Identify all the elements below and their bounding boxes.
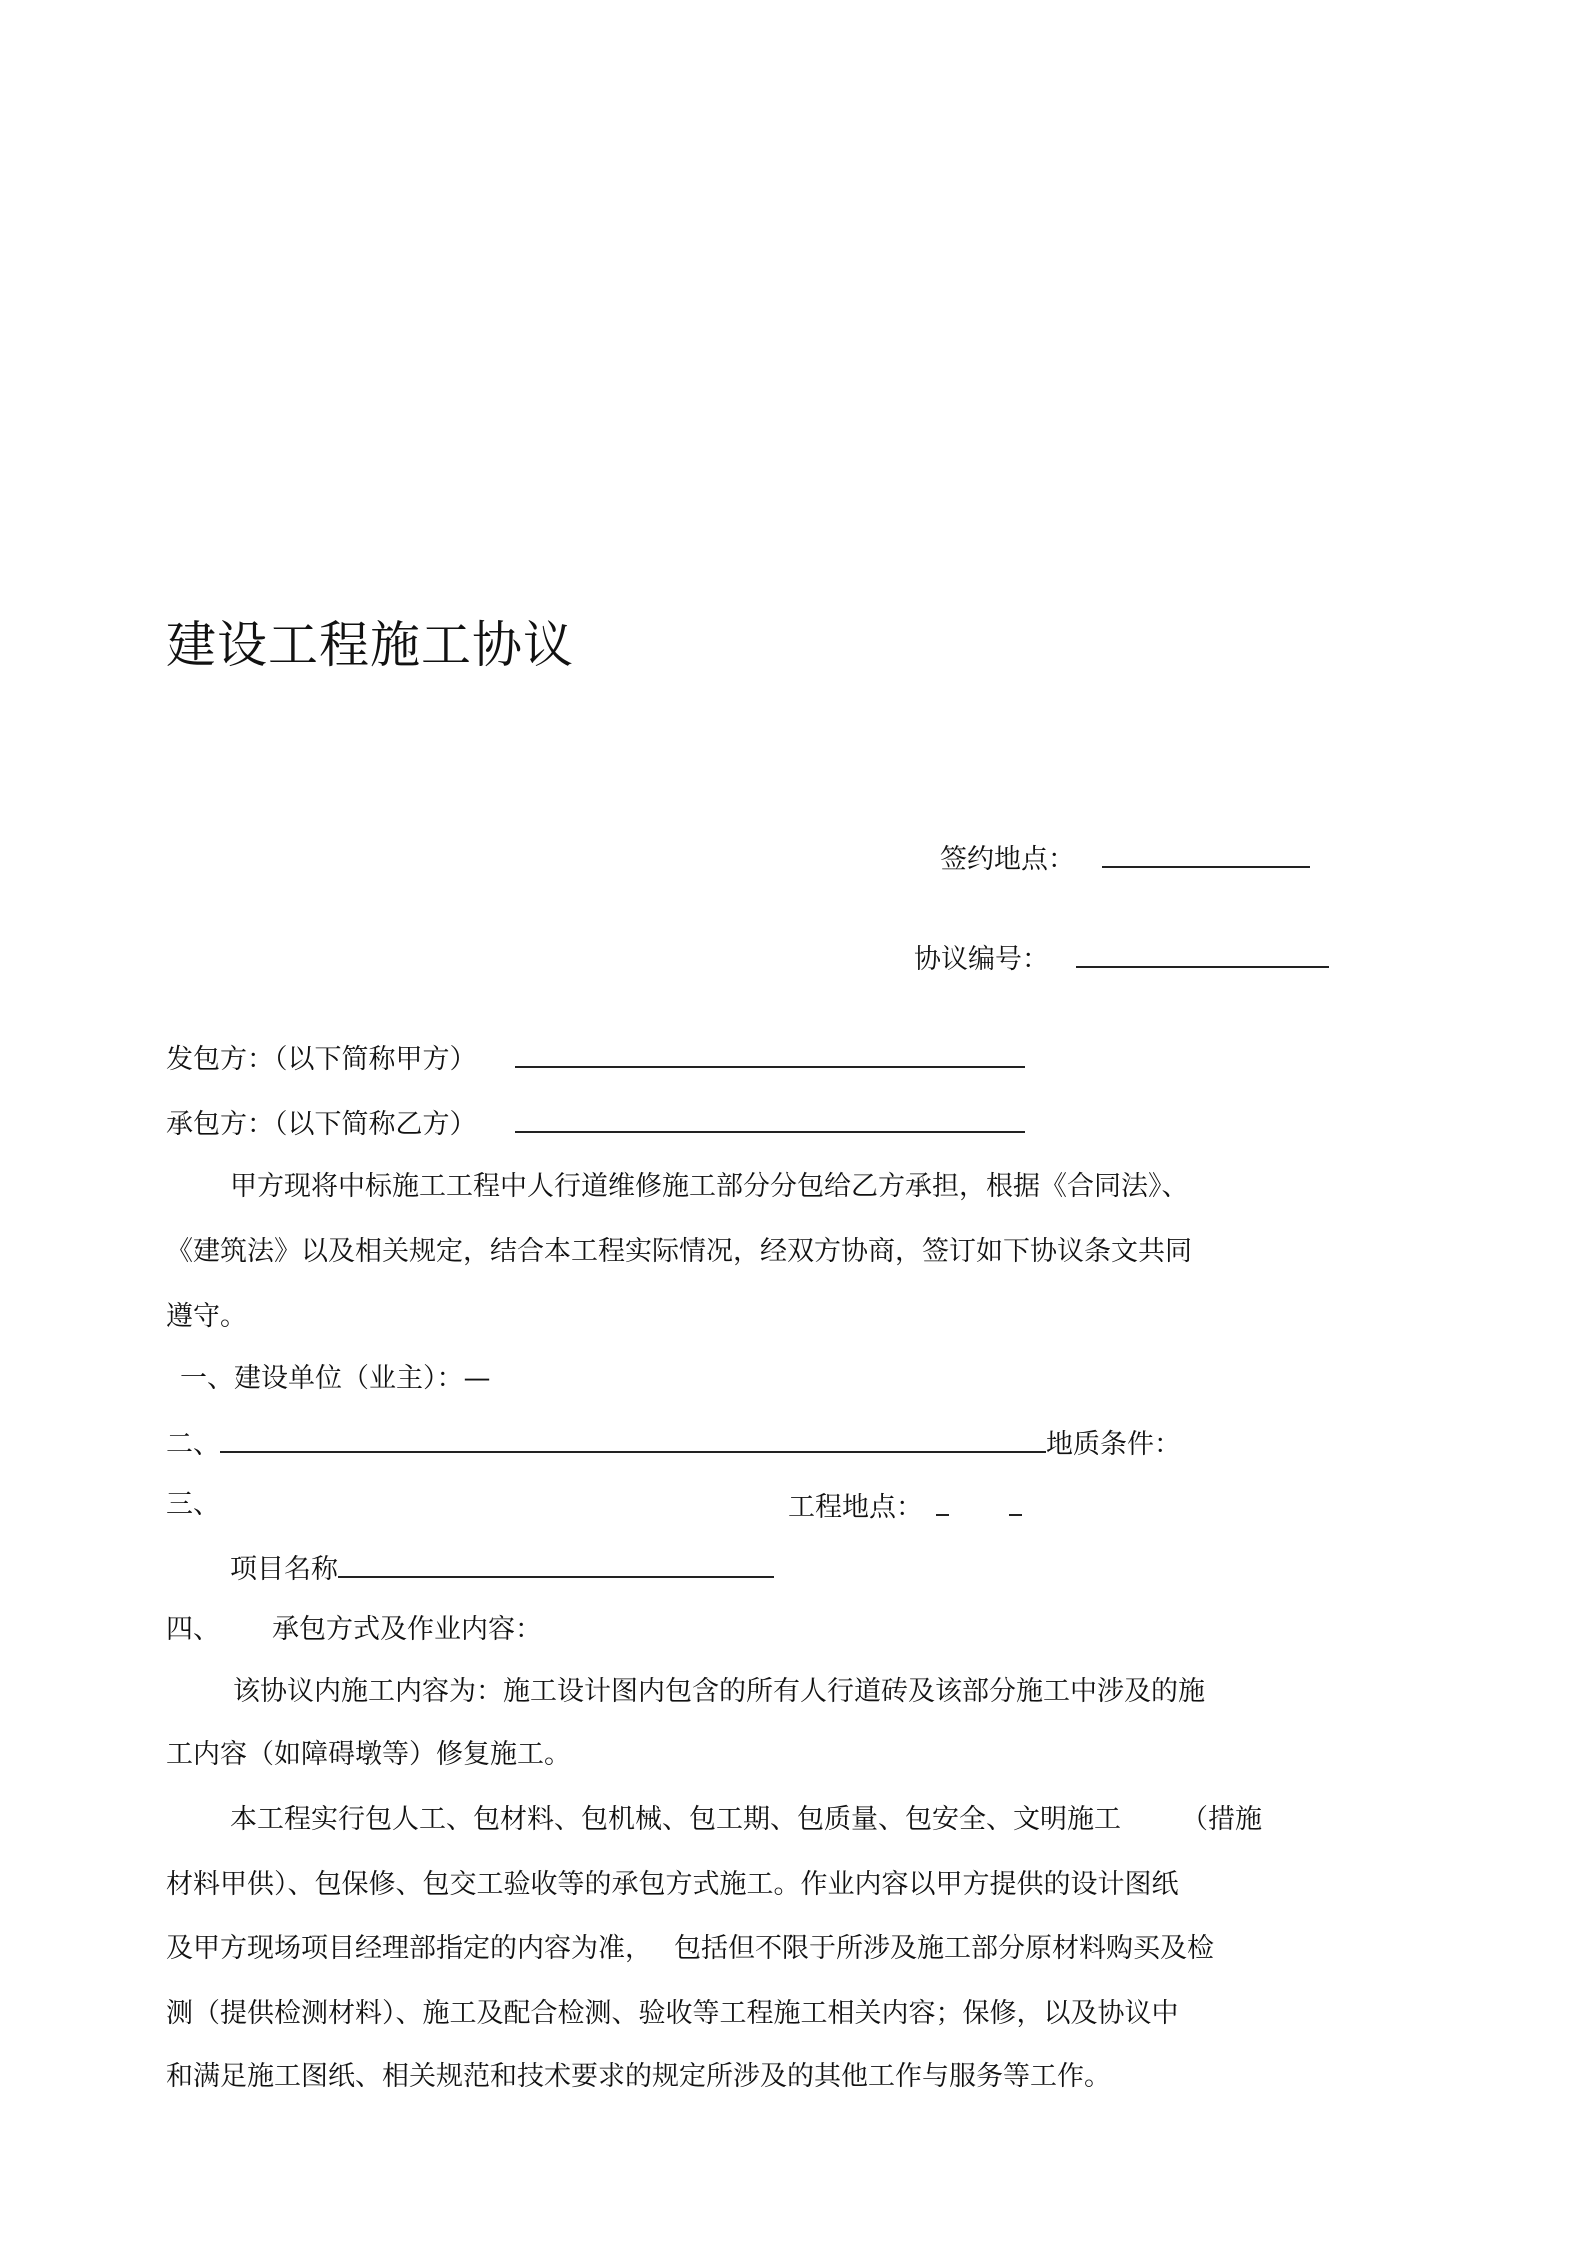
preamble-line-3: 遵守。 [166,1300,247,1334]
section-two-number: 二、 [166,1429,220,1460]
party-a-input[interactable] [515,1040,1025,1068]
party-b-field: 承包方：（以下简称乙方） [166,1105,1025,1142]
signing-place-input[interactable] [1102,840,1310,868]
contract-mode-line-1-main: 本工程实行包人工、包材料、包机械、包工期、包质量、包安全、文明施工 [230,1804,1121,1835]
scope-line-1: 该协议内施工内容为：施工设计图内包含的所有人行道砖及该部分施工中涉及的施 [233,1675,1205,1709]
section-three-number: 三、 [166,1488,220,1522]
contract-mode-line-3: 及甲方现场项目经理部指定的内容为准，包括但不限于所涉及施工部分原材料购买及检 [166,1932,1214,1966]
project-location-input-start[interactable] [936,1488,949,1516]
party-a-label: 发包方：（以下简称甲方） [166,1044,477,1075]
contract-mode-line-4: 测（提供检测材料）、施工及配合检测、验收等工程施工相关内容；保修，以及协议中 [166,1997,1179,2031]
contract-mode-line-3-tail: 包括但不限于所涉及施工部分原材料购买及检 [674,1933,1214,1964]
project-location-input-end[interactable] [1009,1488,1022,1516]
signing-place-field: 签约地点： [940,840,1310,877]
preamble-line-2: 《建筑法》以及相关规定，结合本工程实际情况，经双方协商，签订如下协议条文共同 [166,1235,1192,1269]
scope-line-2: 工内容（如障碍墩等）修复施工。 [166,1738,571,1772]
party-b-label: 承包方：（以下简称乙方） [166,1109,477,1140]
project-name-input[interactable] [338,1550,774,1578]
contract-mode-line-1: 本工程实行包人工、包材料、包机械、包工期、包质量、包安全、文明施工（措施 [230,1803,1262,1837]
section-four-number: 四、 [166,1614,220,1645]
section-four-text: 承包方式及作业内容： [272,1614,542,1645]
section-two: 二、地质条件： [166,1425,1181,1462]
document-page: 建设工程施工协议 签约地点： 协议编号： 发包方：（以下简称甲方） 承包方：（以… [0,0,1594,2256]
agreement-number-input[interactable] [1076,940,1329,968]
project-name-label: 项目名称 [230,1554,338,1585]
contract-mode-line-1-tail: （措施 [1181,1804,1262,1835]
section-two-suffix: 地质条件： [1046,1429,1181,1460]
agreement-number-field: 协议编号： [914,940,1329,977]
agreement-number-label: 协议编号： [914,944,1049,975]
project-name-field: 项目名称 [230,1550,774,1587]
contract-mode-line-2: 材料甲供）、包保修、包交工验收等的承包方式施工。作业内容以甲方提供的设计图纸 [166,1868,1179,1902]
contract-mode-line-3-main: 及甲方现场项目经理部指定的内容为准， [166,1933,652,1964]
project-location-label: 工程地点： [788,1492,923,1523]
section-one-number: 一、 [180,1363,234,1394]
preamble-line-1: 甲方现将中标施工工程中人行道维修施工部分分包给乙方承担，根据《合同法》、 [230,1170,1189,1204]
document-title: 建设工程施工协议 [166,615,574,675]
section-four: 四、承包方式及作业内容： [166,1613,542,1647]
project-location-field: 工程地点： [788,1488,1022,1525]
section-one: 一、建设单位（业主）：— [180,1362,491,1396]
party-b-input[interactable] [515,1105,1025,1133]
signing-place-label: 签约地点： [940,844,1075,875]
section-one-text: 建设单位（业主）：— [234,1363,491,1394]
section-two-input[interactable] [220,1425,1046,1453]
party-a-field: 发包方：（以下简称甲方） [166,1040,1025,1077]
contract-mode-line-5: 和满足施工图纸、相关规范和技术要求的规定所涉及的其他工作与服务等工作。 [166,2060,1111,2094]
